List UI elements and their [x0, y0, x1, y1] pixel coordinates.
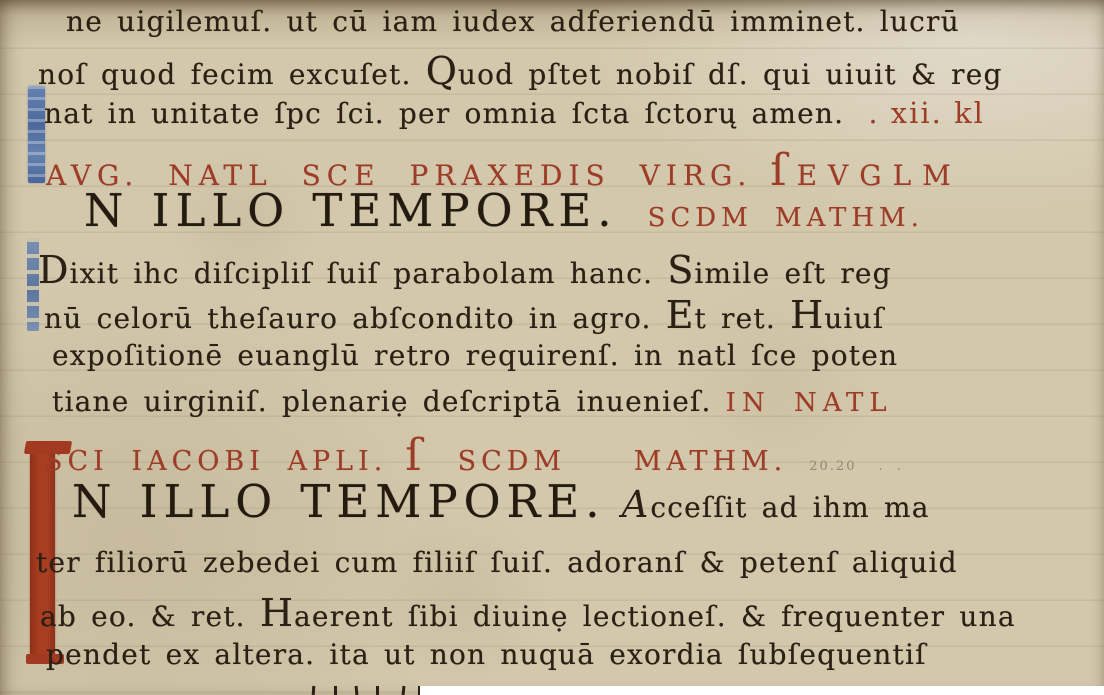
text-segment: imile eſt reg	[694, 260, 891, 288]
versal-capital: Q	[426, 52, 457, 90]
text-segment: nū celorū theſauro abſcondito in agro.	[44, 305, 666, 333]
text-segment: ne uigilemuſ. ut cū iam iudex adferiendū…	[66, 8, 960, 36]
text-segment: ter filiorū zebedei cum filiiſ ſuiſ. ado…	[36, 549, 958, 577]
text-line-1: ne uigilemuſ. ut cū iam iudex adferiendū…	[66, 8, 960, 36]
versal-capital: E	[666, 296, 694, 334]
text-segment: uod pſtet nobiſ dſ. qui uiuit & reg	[458, 61, 1003, 89]
text-segment: noſ quod fecim excuſet.	[38, 61, 426, 89]
clipped-line-fragment	[312, 686, 316, 695]
rubric-tall-s: ſ	[770, 149, 786, 193]
rubric-segment: SCI IACOBI APLI.	[44, 448, 387, 475]
text-line-12: ter filiorū zebedei cum filiiſ ſuiſ. ado…	[36, 549, 958, 577]
text-line-6: D ixit ihc diſcipliſ ſuiſ parabolam hanc…	[38, 251, 892, 289]
clipped-line-fragment	[376, 686, 379, 695]
incipit-line-2: N ILLO TEMPORE. A cceſſit ad ihm ma	[72, 479, 930, 524]
versal-capital: H	[260, 594, 293, 632]
text-line-9: tiane uirginiſ. plenariẹ deſcriptā inuen…	[52, 388, 893, 416]
text-segment: t ret.	[695, 305, 791, 333]
versal-capital: D	[38, 251, 68, 289]
clipped-line-fragment	[402, 686, 406, 695]
swash-capital: A	[622, 486, 649, 523]
rubric-segment: EVGLM	[797, 162, 962, 190]
text-line-2: noſ quod fecim excuſet. Q uod pſtet nobi…	[38, 52, 1003, 90]
manuscript-page: ne uigilemuſ. ut cū iam iudex adferiendū…	[0, 0, 1104, 695]
text-segment: ab eo. & ret.	[40, 603, 260, 631]
text-segment: pendet ex altera. ita ut non nuquā exord…	[46, 641, 927, 669]
display-capitals: N ILLO TEMPORE.	[72, 479, 606, 524]
versal-capital: S	[667, 251, 693, 289]
rubric-calendar-note: . xii. kl	[868, 99, 985, 128]
text-line-13: ab eo. & ret. H aerent ſibi diuinẹ lecti…	[40, 594, 1016, 632]
text-segment: ixit ihc diſcipliſ ſuiſ parabolam hanc.	[69, 260, 667, 288]
text-line-8: expoſitionē euanglū retro requirenſ. in …	[52, 342, 898, 370]
text-segment: cceſſit ad ihm ma	[650, 494, 929, 522]
text-segment: tiane uirginiſ. plenariẹ deſcriptā inuen…	[52, 388, 712, 416]
rubric-tall-s: ſ	[405, 434, 421, 478]
rubric-segment: SCDM MATHM.	[648, 205, 924, 231]
display-capitals: N ILLO TEMPORE.	[84, 188, 618, 233]
text-line-14: pendet ex altera. ita ut non nuquā exord…	[46, 641, 927, 669]
text-line-3: nat in unitate ſpc ſci. per omnia ſcta ſ…	[44, 99, 985, 128]
text-line-7: nū celorū theſauro abſcondito in agro. E…	[44, 296, 884, 334]
rubric-segment: IN NATL	[726, 390, 893, 416]
incipit-line-1: N ILLO TEMPORE. SCDM MATHM.	[84, 188, 924, 233]
annotation-dots: . .	[878, 460, 903, 473]
clipped-line-fragment	[334, 686, 337, 695]
text-segment: aerent ſibi diuinẹ lectioneſ. & frequent…	[294, 603, 1016, 631]
page-scan-edge	[420, 686, 1104, 695]
rubric-segment: SCDM MATHM.	[458, 448, 788, 475]
clipped-line-fragment	[355, 686, 359, 695]
text-segment: uiuſ	[824, 305, 884, 333]
verse-annotation: 20.20	[809, 460, 856, 473]
versal-capital: H	[790, 296, 823, 334]
text-segment: expoſitionē euanglū retro requirenſ. in …	[52, 342, 898, 370]
text-segment: nat in unitate ſpc ſci. per omnia ſcta ſ…	[44, 100, 858, 128]
blue-initial-decoration	[28, 86, 45, 183]
rubric-line-iacobi: SCI IACOBI APLI. ſ SCDM MATHM. 20.20 . .	[44, 434, 903, 478]
